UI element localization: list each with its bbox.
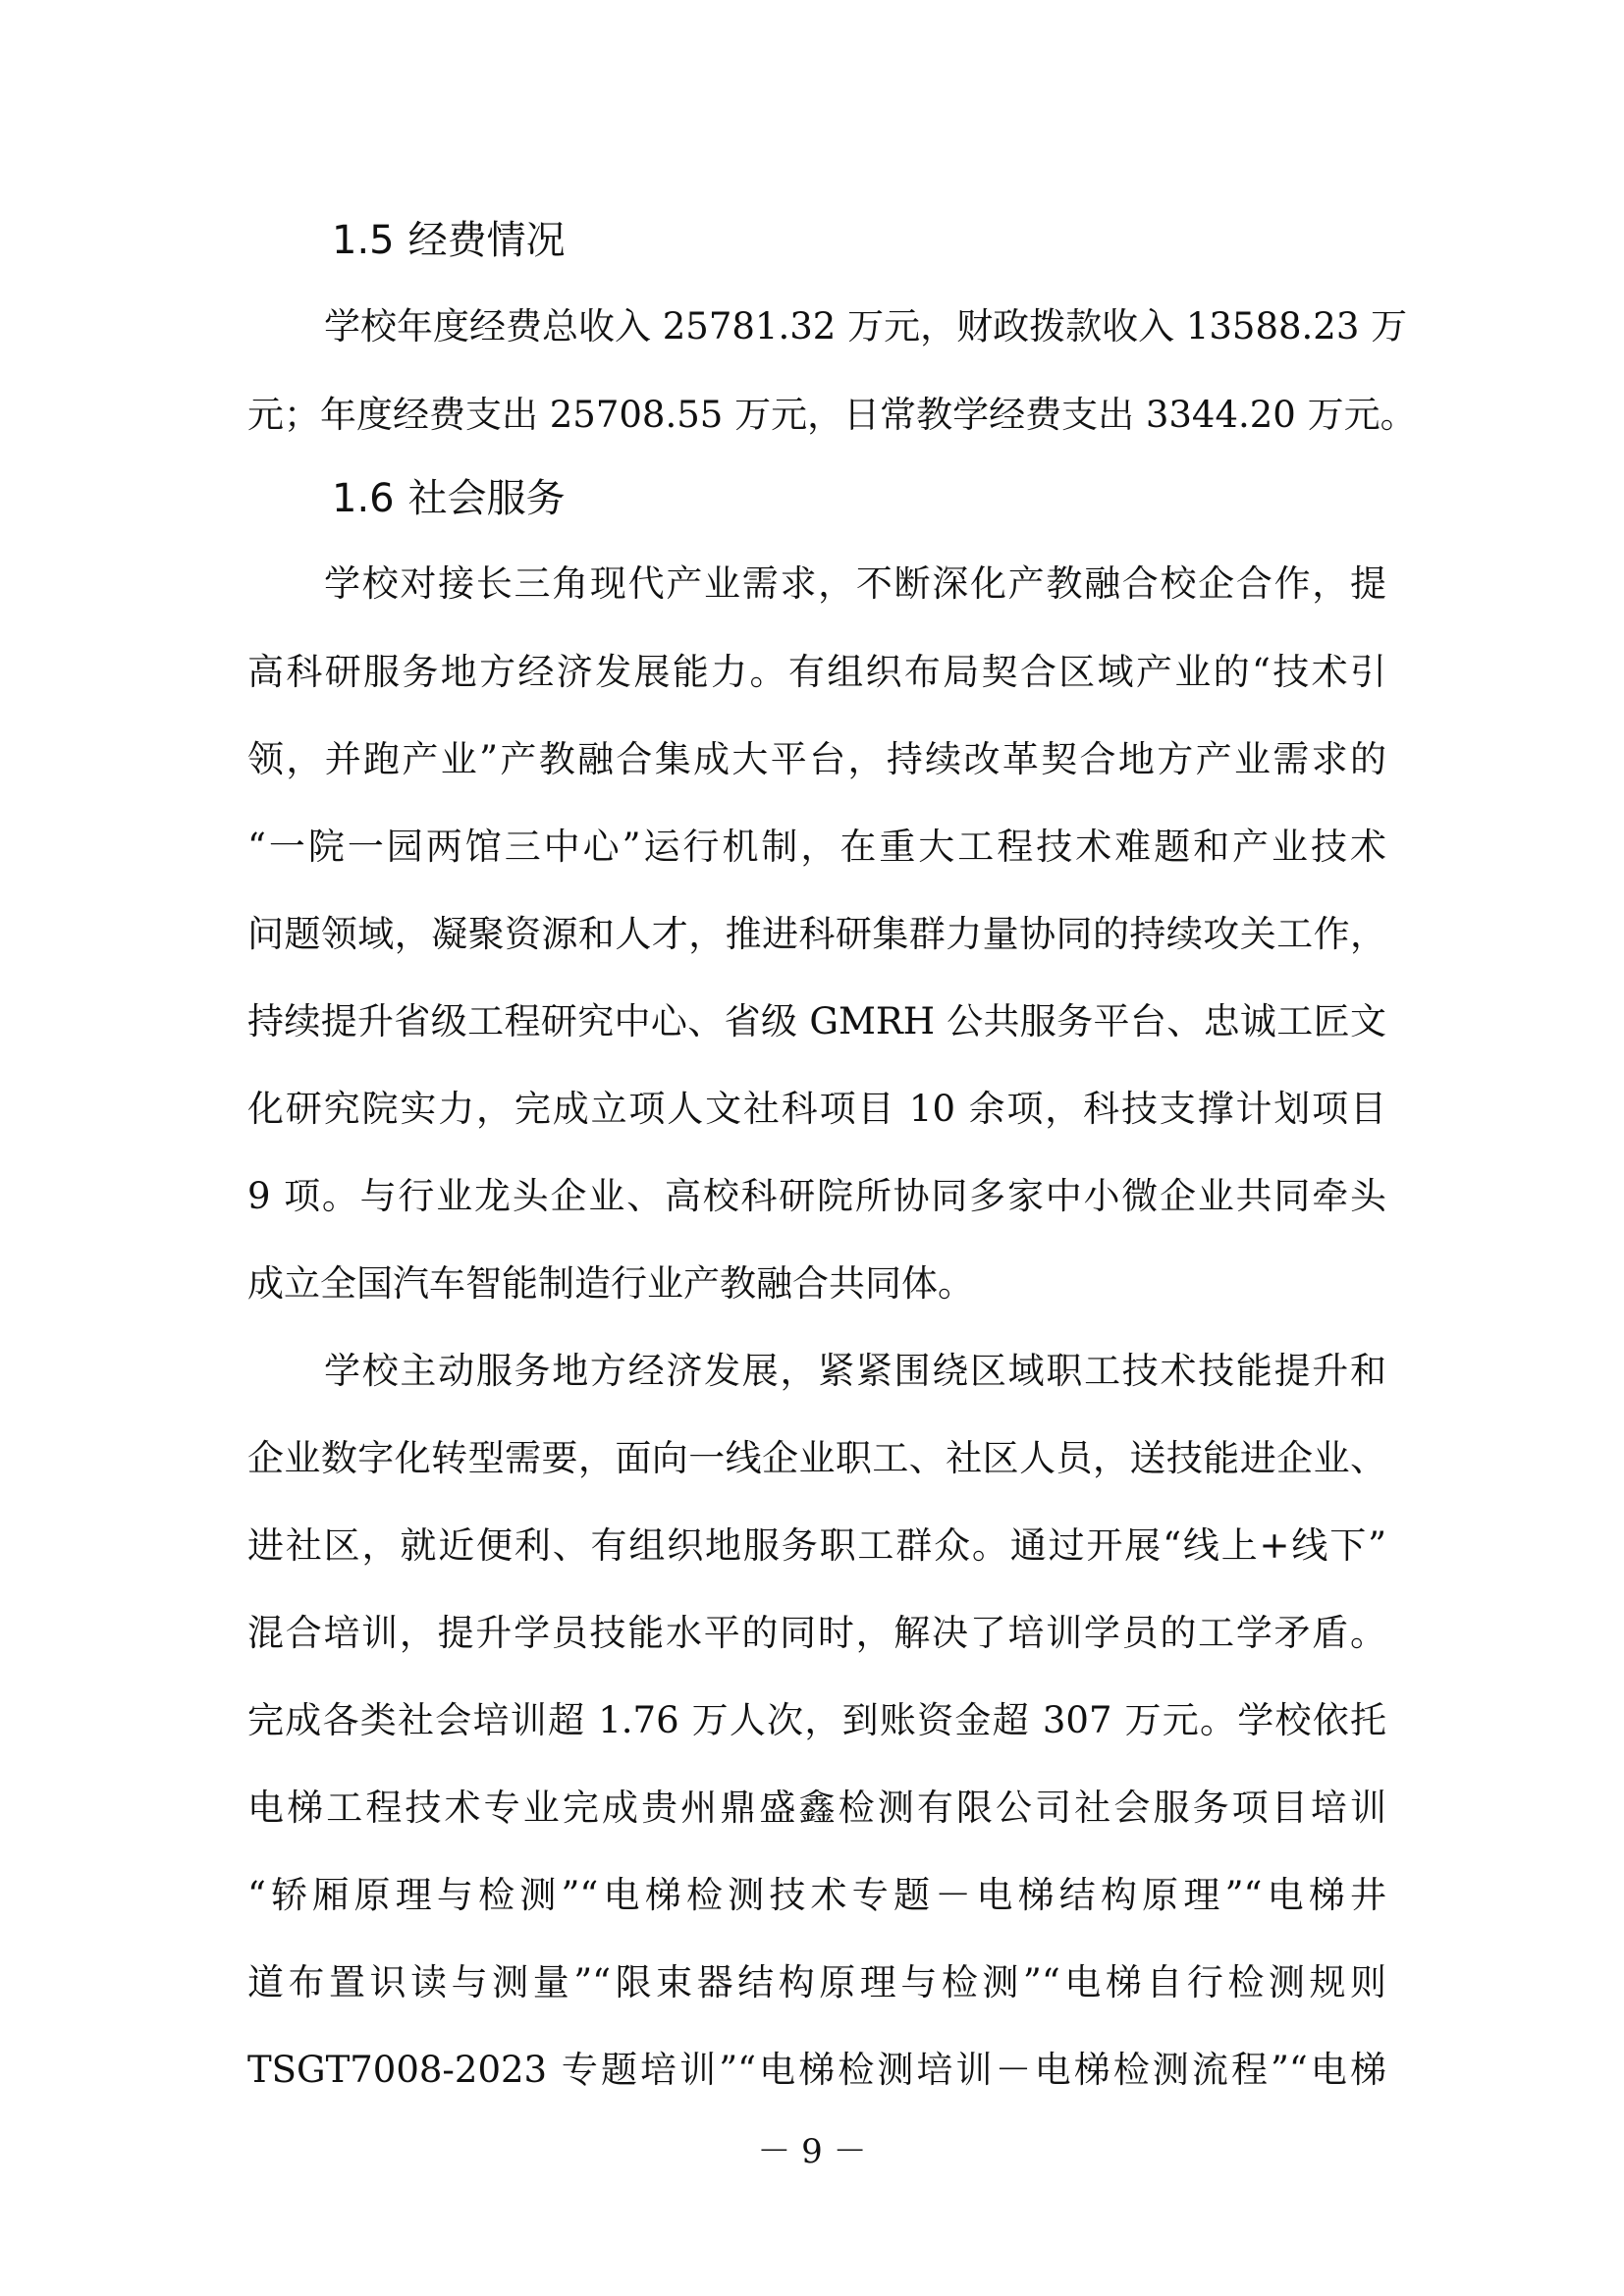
paragraph-line: 成立全国汽车智能制造行业产教融合共同体。 [247,1262,1386,1306]
paragraph-line: 化研究院实力，完成立项人文社科项目 10 余项，科技支撑计划项目 [247,1088,1386,1131]
paragraph-line: 企业数字化转型需要，面向一线企业职工、社区人员，送技能进企业、 [247,1437,1386,1480]
paragraph-line: 学校年度经费总收入 25781.32 万元，财政拨款收入 13588.23 万 [324,305,1386,348]
section-title: 经费情况 [408,218,566,263]
paragraph-line: 学校主动服务地方经济发展，紧紧围绕区域职工技术技能提升和 [324,1350,1386,1393]
paragraph-line: “轿厢原理与检测”“电梯检测技术专题－电梯结构原理”“电梯井 [247,1874,1386,1917]
paragraph-line: 9 项。与行业龙头企业、高校科研院所协同多家中小微企业共同牵头 [247,1175,1386,1218]
paragraph-line: 高科研服务地方经济发展能力。有组织布局契合区域产业的“技术引 [247,651,1386,694]
page-number: － 9 － [0,2132,1624,2171]
paragraph-line: 问题领域，凝聚资源和人才，推进科研集群力量协同的持续攻关工作， [247,913,1386,956]
paragraph-line: 道布置识读与测量”“限束器结构原理与检测”“电梯自行检测规则 [247,1961,1386,2004]
paragraph-line: 电梯工程技术专业完成贵州鼎盛鑫检测有限公司社会服务项目培训 [247,1787,1386,1830]
paragraph-line: 进社区，就近便利、有组织地服务职工群众。通过开展“线上+线下” [247,1524,1386,1568]
section-number: 1.6 [332,476,395,521]
paragraph-line: “一院一园两馆三中心”运行机制，在重大工程技术难题和产业技术 [247,826,1386,869]
paragraph-line: 持续提升省级工程研究中心、省级 GMRH 公共服务平台、忠诚工匠文 [247,1000,1386,1043]
paragraph-line: 领，并跑产业”产教融合集成大平台，持续改革契合地方产业需求的 [247,738,1386,781]
paragraph-line: TSGT7008-2023 专题培训”“电梯检测培训－电梯检测流程”“电梯 [247,2049,1386,2092]
section-heading-1-5: 1.5经费情况 [332,217,566,264]
section-number: 1.5 [332,218,395,263]
paragraph-line: 完成各类社会培训超 1.76 万人次，到账资金超 307 万元。学校依托 [247,1699,1386,1742]
document-page: 1.5经费情况 学校年度经费总收入 25781.32 万元，财政拨款收入 135… [0,0,1624,2296]
section-title: 社会服务 [408,476,566,521]
paragraph-line: 元；年度经费支出 25708.55 万元，日常教学经费支出 3344.20 万元… [247,394,1386,437]
section-heading-1-6: 1.6社会服务 [332,475,566,522]
paragraph-line: 学校对接长三角现代产业需求，不断深化产教融合校企合作，提 [324,562,1386,606]
paragraph-line: 混合培训，提升学员技能水平的同时，解决了培训学员的工学矛盾。 [247,1612,1386,1655]
